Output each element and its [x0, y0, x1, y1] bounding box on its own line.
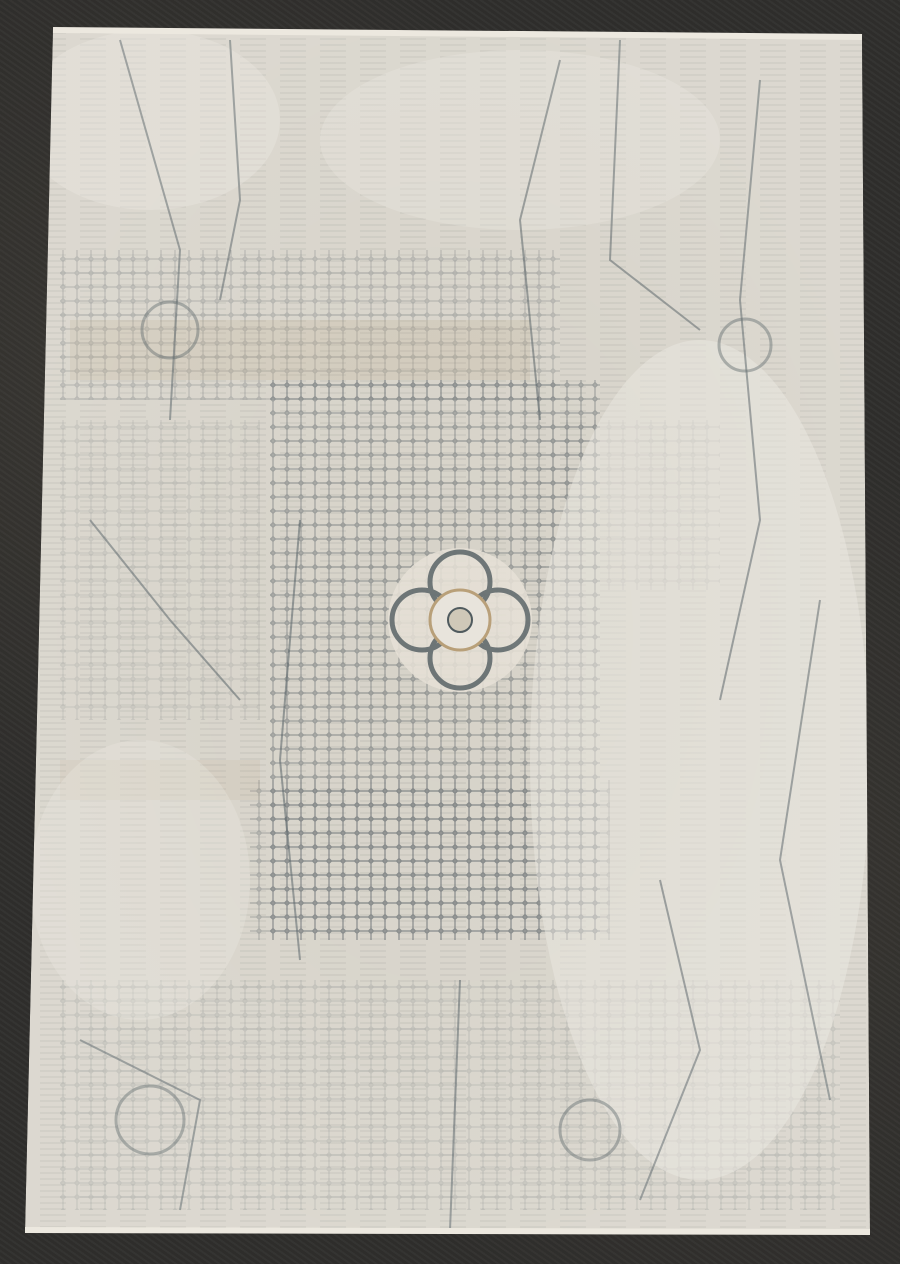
bottom-fringe — [25, 1230, 870, 1232]
area-rug — [0, 0, 900, 1264]
